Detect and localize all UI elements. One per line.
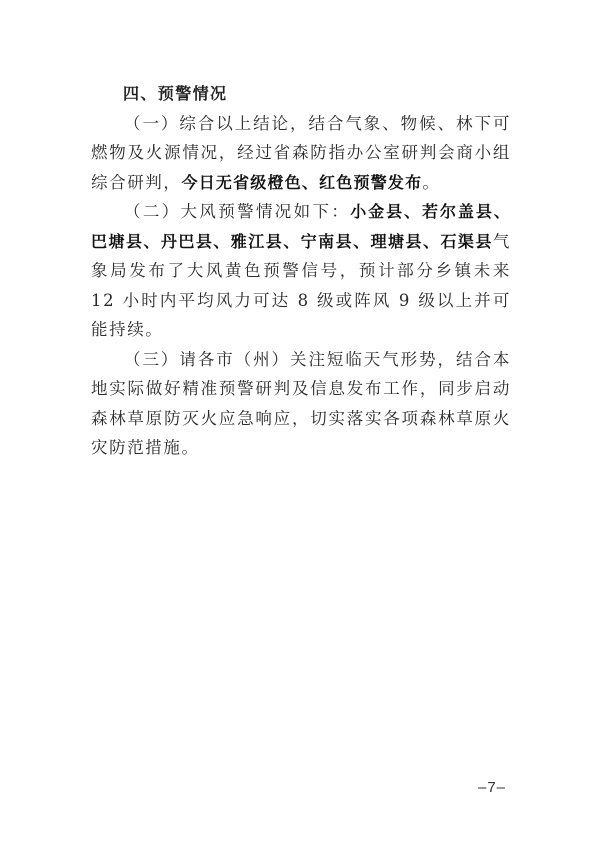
paragraph-1-bold-conclusion: 今日无省级橙色、红色预警发布 — [182, 173, 423, 192]
page-number: –7– — [478, 779, 506, 796]
paragraph-3: （三）请各市（州）关注短临天气形势，结合本地实际做好精准预警研判及信息发布工作，… — [91, 345, 511, 463]
document-page: 四、预警情况 （一）综合以上结论，结合气象、物候、林下可燃物及火源情况，经过省森… — [0, 0, 600, 848]
paragraph-1-end: 。 — [422, 173, 440, 192]
paragraph-1: （一）综合以上结论，结合气象、物候、林下可燃物及火源情况，经过省森防指办公室研判… — [91, 109, 511, 198]
paragraph-3-text: （三）请各市（州）关注短临天气形势，结合本地实际做好精准预警研判及信息发布工作，… — [91, 350, 511, 458]
paragraph-2: （二）大风预警情况如下：小金县、若尔盖县、巴塘县、丹巴县、雅江县、宁南县、理塘县… — [91, 197, 511, 345]
section-heading: 四、预警情况 — [91, 79, 511, 109]
paragraph-2-intro: （二）大风预警情况如下： — [124, 202, 350, 221]
document-body: 四、预警情况 （一）综合以上结论，结合气象、物候、林下可燃物及火源情况，经过省森… — [91, 79, 511, 463]
